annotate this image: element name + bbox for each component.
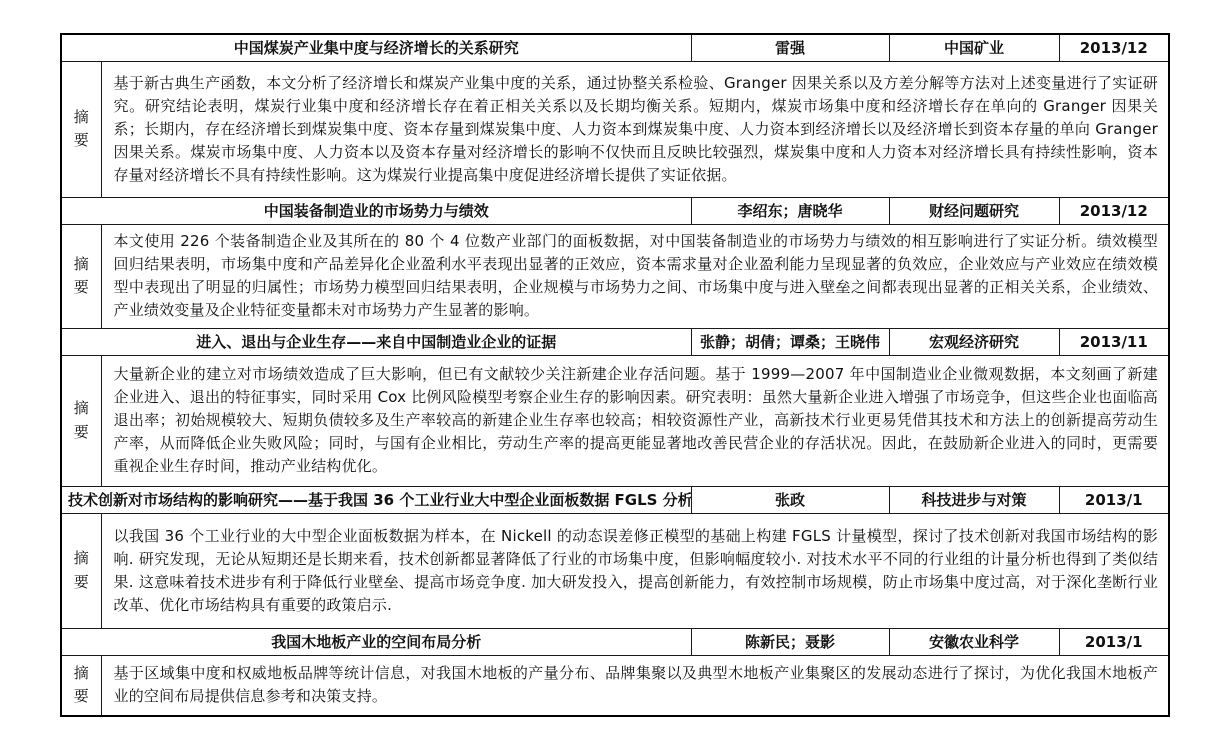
abstract-text: 以我国 36 个工业行业的大中型企业面板数据为样本，在 Nickell 的动态误… [101, 513, 1169, 628]
title-row: 技术创新对市场结构的影响研究——基于我国 36 个工业行业大中型企业面板数据 F… [61, 486, 1169, 513]
abstract-text: 本文使用 226 个装备制造企业及其所在的 80 个 4 位数产业部门的面板数据… [101, 224, 1169, 328]
entry-journal: 宏观经济研究 [889, 328, 1059, 355]
entry-title: 中国煤炭产业集中度与经济增长的关系研究 [61, 34, 691, 61]
title-row: 进入、退出与企业生存——来自中国制造业企业的证据 张静；胡倩；谭桑；王晓伟 宏观… [61, 328, 1169, 355]
entry-authors: 雷强 [691, 34, 889, 61]
entry-title: 进入、退出与企业生存——来自中国制造业企业的证据 [61, 328, 691, 355]
abstract-label: 摘要 [74, 253, 89, 300]
papers-table-container: 中国煤炭产业集中度与经济增长的关系研究 雷强 中国矿业 2013/12 摘要 基… [60, 33, 1168, 717]
entry-date: 2013/1 [1059, 628, 1169, 655]
entry-journal: 财经问题研究 [889, 197, 1059, 224]
entry-title: 我国木地板产业的空间布局分析 [61, 628, 691, 655]
abstract-row: 摘要 本文使用 226 个装备制造企业及其所在的 80 个 4 位数产业部门的面… [61, 224, 1169, 328]
abstract-label-cell: 摘要 [61, 655, 101, 716]
abstract-text: 基于新古典生产函数，本文分析了经济增长和煤炭产业集中度的关系，通过协整关系检验、… [101, 61, 1169, 197]
entry-authors: 张静；胡倩；谭桑；王晓伟 [691, 328, 889, 355]
entry-authors: 陈新民；聂影 [691, 628, 889, 655]
abstract-text: 基于区域集中度和权威地板品牌等统计信息，对我国木地板的产量分布、品牌集聚以及典型… [101, 655, 1169, 716]
title-row: 我国木地板产业的空间布局分析 陈新民；聂影 安徽农业科学 2013/1 [61, 628, 1169, 655]
abstract-row: 摘要 大量新企业的建立对市场绩效造成了巨大影响，但已有文献较少关注新建企业存活问… [61, 355, 1169, 486]
entry-date: 2013/12 [1059, 34, 1169, 61]
abstract-label-cell: 摘要 [61, 224, 101, 328]
entry-title: 技术创新对市场结构的影响研究——基于我国 36 个工业行业大中型企业面板数据 F… [61, 486, 691, 513]
entry-date: 2013/12 [1059, 197, 1169, 224]
papers-table: 中国煤炭产业集中度与经济增长的关系研究 雷强 中国矿业 2013/12 摘要 基… [60, 33, 1170, 717]
entry-journal: 中国矿业 [889, 34, 1059, 61]
abstract-label: 摘要 [74, 397, 89, 444]
abstract-text: 大量新企业的建立对市场绩效造成了巨大影响，但已有文献较少关注新建企业存活问题。基… [101, 355, 1169, 486]
abstract-label-cell: 摘要 [61, 61, 101, 197]
abstract-row: 摘要 基于区域集中度和权威地板品牌等统计信息，对我国木地板的产量分布、品牌集聚以… [61, 655, 1169, 716]
title-row: 中国煤炭产业集中度与经济增长的关系研究 雷强 中国矿业 2013/12 [61, 34, 1169, 61]
entry-journal: 科技进步与对策 [889, 486, 1059, 513]
entry-date: 2013/1 [1059, 486, 1169, 513]
entry-title: 中国装备制造业的市场势力与绩效 [61, 197, 691, 224]
entry-authors: 李绍东；唐晓华 [691, 197, 889, 224]
entry-date: 2013/11 [1059, 328, 1169, 355]
abstract-label: 摘要 [74, 106, 89, 153]
abstract-label-cell: 摘要 [61, 355, 101, 486]
abstract-row: 摘要 以我国 36 个工业行业的大中型企业面板数据为样本，在 Nickell 的… [61, 513, 1169, 628]
title-row: 中国装备制造业的市场势力与绩效 李绍东；唐晓华 财经问题研究 2013/12 [61, 197, 1169, 224]
abstract-label-cell: 摘要 [61, 513, 101, 628]
abstract-row: 摘要 基于新古典生产函数，本文分析了经济增长和煤炭产业集中度的关系，通过协整关系… [61, 61, 1169, 197]
entry-journal: 安徽农业科学 [889, 628, 1059, 655]
entry-authors: 张政 [691, 486, 889, 513]
abstract-label: 摘要 [74, 547, 89, 594]
abstract-label: 摘要 [74, 662, 89, 709]
